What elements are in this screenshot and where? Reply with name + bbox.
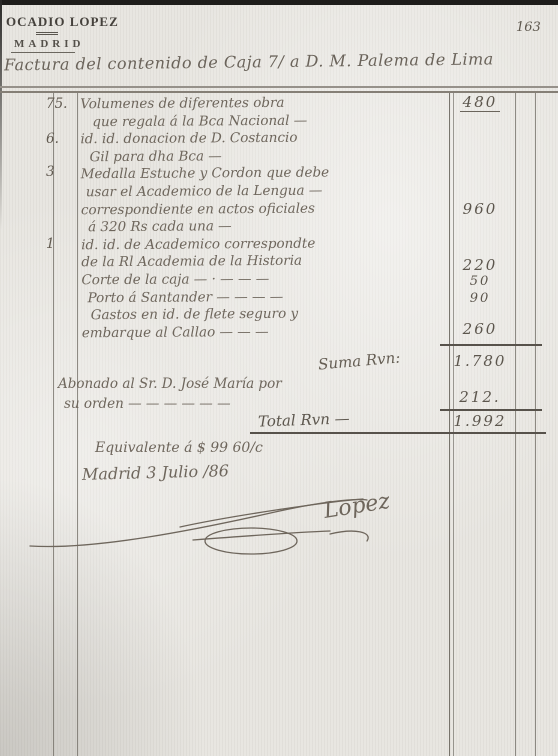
abonado-value: 212. bbox=[448, 388, 512, 406]
quantity-donacion: 6. bbox=[46, 131, 76, 147]
amount-medallas: 960 bbox=[448, 200, 512, 218]
abonado-line-1: Abonado al Sr. D. José María por bbox=[58, 376, 282, 392]
scanned-ledger-page: OCADIO LOPEZ MADRID 163 Factura del cont… bbox=[0, 0, 558, 756]
margin-rule-left-inner bbox=[77, 93, 78, 756]
amount-rule-mid bbox=[515, 93, 516, 756]
amount-first: 480 bbox=[448, 93, 512, 111]
quantity-volumenes: 75. bbox=[46, 96, 76, 112]
signature-tail-stroke bbox=[330, 531, 368, 541]
letterhead-underline bbox=[11, 52, 75, 53]
suma-label: Suma Rvn: bbox=[317, 348, 401, 373]
amount-flete: 260 bbox=[448, 320, 512, 338]
quantity-academico: 1 bbox=[46, 236, 76, 252]
header-rule-top bbox=[0, 86, 558, 88]
signature-name: Lopez bbox=[321, 489, 392, 524]
amount-rule-right bbox=[535, 93, 536, 756]
item-line: embarque al Callao — — — bbox=[82, 322, 444, 342]
suma-value: 1.780 bbox=[448, 352, 512, 370]
letterhead-name: OCADIO LOPEZ bbox=[6, 14, 119, 30]
amount-porto: 90 bbox=[448, 291, 512, 306]
signature-flourish: Lopez bbox=[25, 478, 455, 573]
letterhead-stamp: OCADIO LOPEZ MADRID bbox=[6, 14, 119, 53]
amount-first-value: 480 bbox=[460, 93, 501, 112]
amount-academia: 220 bbox=[448, 256, 512, 274]
total-rule-upper bbox=[440, 409, 542, 411]
signature-oval-flourish bbox=[205, 528, 297, 554]
item-lines: Volumenes de diferentes obra que regala … bbox=[80, 94, 444, 343]
total-label: Total Rvn — bbox=[258, 409, 350, 430]
equivalence-note: Equivalente á $ 99 60/c bbox=[95, 440, 263, 456]
total-value: 1.992 bbox=[448, 412, 512, 430]
amount-corte: 50 bbox=[448, 274, 512, 289]
sum-rule-upper bbox=[440, 344, 542, 346]
margin-rule-left-outer bbox=[53, 93, 54, 756]
folio-number: 163 bbox=[516, 20, 541, 35]
scan-left-edge bbox=[0, 0, 2, 230]
quantity-medallas: 3 bbox=[46, 164, 76, 180]
total-underline bbox=[250, 432, 546, 434]
scan-top-edge bbox=[0, 0, 558, 5]
abonado-line-2: su orden — — — — — — bbox=[64, 396, 231, 412]
letterhead-ornament bbox=[36, 32, 58, 36]
signature-cross-stroke bbox=[193, 531, 330, 540]
letterhead-city: MADRID bbox=[14, 38, 119, 50]
